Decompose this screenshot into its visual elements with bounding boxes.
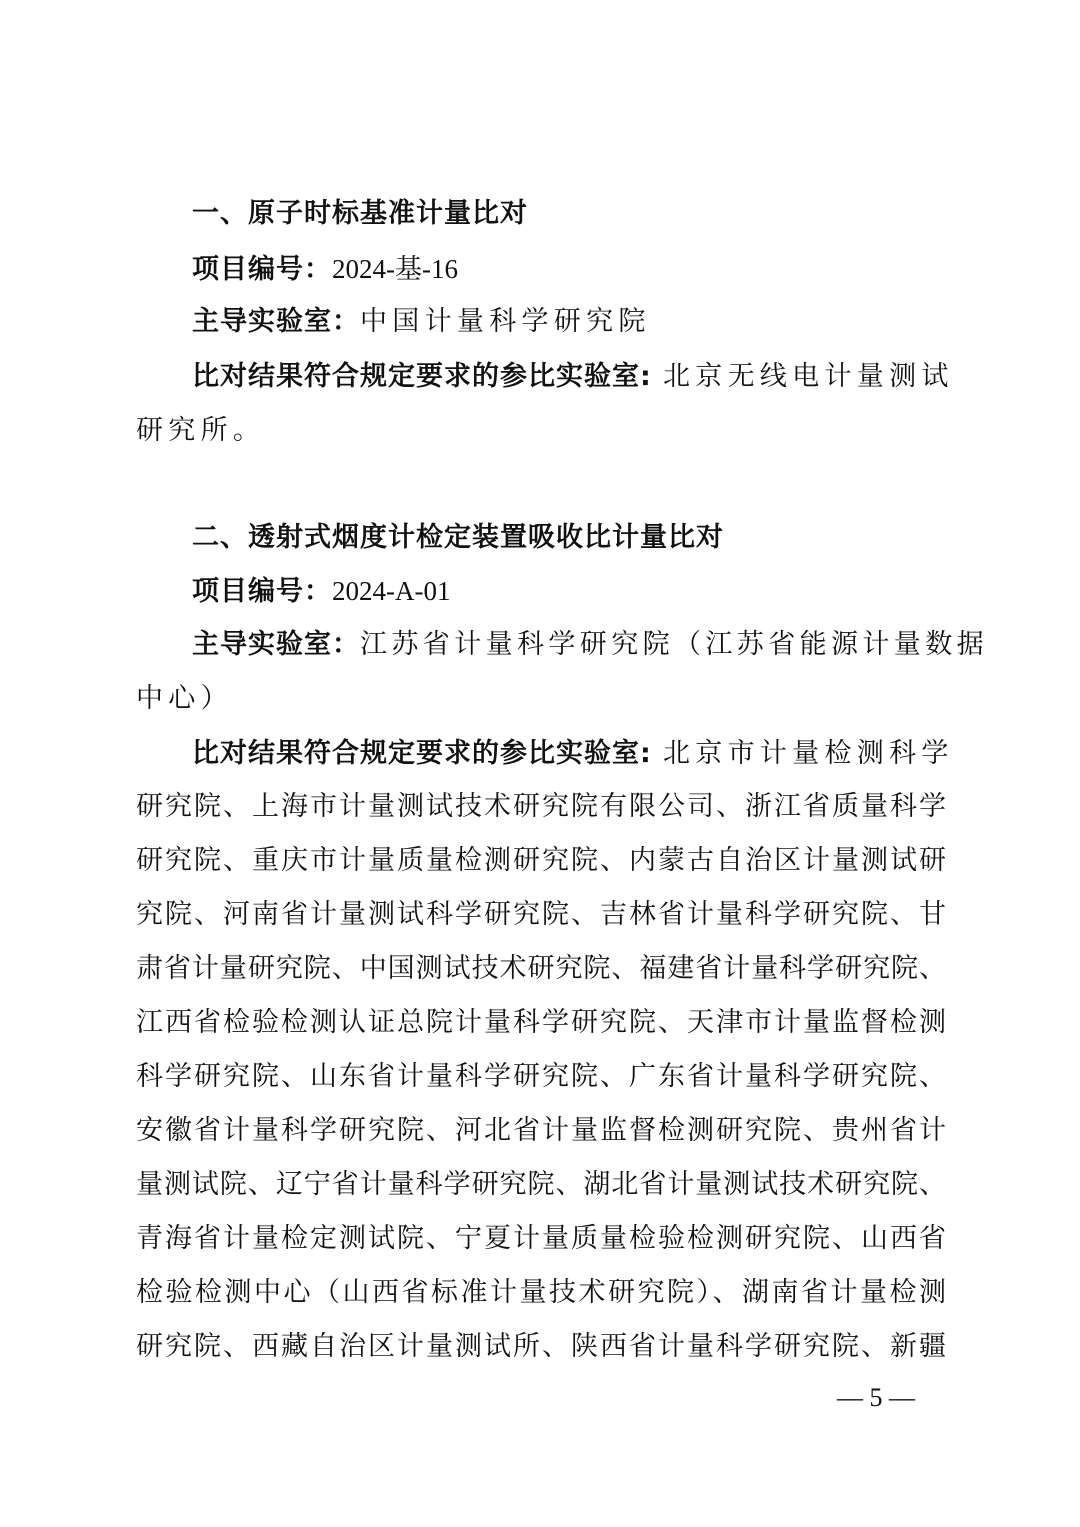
section-1-heading: 一、原子时标基准计量比对 <box>192 194 946 234</box>
result-line: 肃省计量研究院、中国测试技术研究院、福建省计量科学研究院、 <box>136 949 946 989</box>
project-number-label: 项目编号： <box>192 254 332 285</box>
result-line: 研究院、西藏自治区计量测试所、陕西省计量科学研究院、新疆 <box>136 1327 946 1367</box>
result-text: 北京无线电计量测试 <box>663 361 954 392</box>
result-line: 研究院、上海市计量测试技术研究院有限公司、浙江省质量科学 <box>136 787 946 827</box>
section-1-result-row: 比对结果符合规定要求的参比实验室: 北京无线电计量测试 <box>192 357 946 397</box>
result-line: 江西省检验检测认证总院计量科学研究院、天津市计量监督检测 <box>136 1003 946 1043</box>
project-number-value: 2024-A-01 <box>332 576 450 606</box>
result-label: 比对结果符合规定要求的参比实验室: <box>192 738 652 769</box>
section-2-lead-lab-row: 主导实验室：江苏省计量科学研究院（江苏省能源计量数据 <box>192 625 946 665</box>
result-line: 科学研究院、山东省计量科学研究院、广东省计量科学研究院、 <box>136 1057 946 1097</box>
section-2-project-number-row: 项目编号：2024-A-01 <box>192 571 946 611</box>
section-1-result-continuation: 研究所。 <box>136 411 946 451</box>
result-line: 青海省计量检定测试院、宁夏计量质量检验检测研究院、山西省 <box>136 1219 946 1259</box>
lead-lab-value: 中国计量科学研究院 <box>360 306 651 337</box>
lead-lab-value: 江苏省计量科学研究院（江苏省能源计量数据 <box>360 629 988 660</box>
lead-lab-label: 主导实验室： <box>192 306 360 337</box>
result-label: 比对结果符合规定要求的参比实验室: <box>192 361 652 392</box>
project-number-label: 项目编号： <box>192 576 332 607</box>
result-line: 究院、河南省计量测试科学研究院、吉林省计量科学研究院、甘 <box>136 895 946 935</box>
result-line: 检验检测中心（山西省标准计量技术研究院）、湖南省计量检测 <box>136 1273 946 1313</box>
result-text: 北京市计量检测科学 <box>663 738 954 769</box>
section-2-heading: 二、透射式烟度计检定装置吸收比计量比对 <box>192 518 946 558</box>
section-2-result-row: 比对结果符合规定要求的参比实验室: 北京市计量检测科学 <box>192 734 946 774</box>
section-2-lead-lab-continuation: 中心） <box>136 679 946 719</box>
lead-lab-label: 主导实验室： <box>192 629 360 660</box>
document-page: 一、原子时标基准计量比对 项目编号：2024-基-16 主导实验室：中国计量科学… <box>0 0 1080 1527</box>
result-line: 研究院、重庆市计量质量检测研究院、内蒙古自治区计量测试研 <box>136 841 946 881</box>
result-line: 量测试院、辽宁省计量科学研究院、湖北省计量测试技术研究院、 <box>136 1165 946 1205</box>
section-1-lead-lab-row: 主导实验室：中国计量科学研究院 <box>192 302 946 342</box>
page-number: — 5 — <box>826 1380 926 1416</box>
result-line: 安徽省计量科学研究院、河北省计量监督检测研究院、贵州省计 <box>136 1111 946 1151</box>
project-number-value: 2024-基-16 <box>332 254 458 284</box>
section-1-project-number-row: 项目编号：2024-基-16 <box>192 249 946 289</box>
